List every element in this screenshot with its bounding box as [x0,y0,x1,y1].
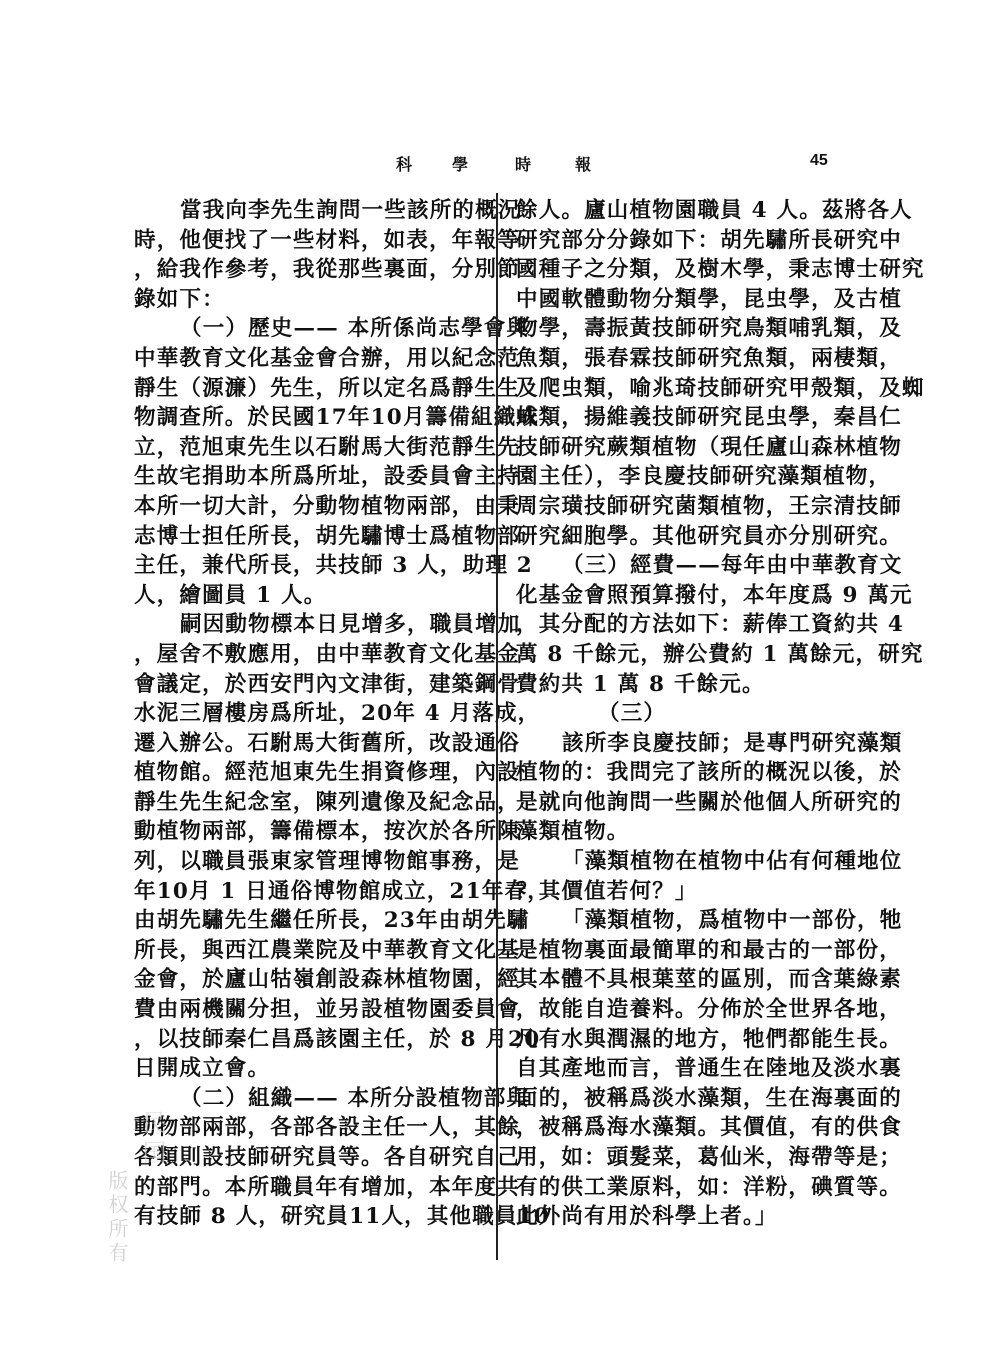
text-line: 餘人。廬山植物園職員 4 人。茲將各人 [516,196,860,226]
text-line: 物調查所。於民國17年10月籌備組織成 [134,403,478,433]
text-line: 自其產地而言，普通生在陸地及淡水裏 [516,1054,860,1084]
text-line: 「藻類植物，爲植物中一部份，牠 [516,906,860,936]
text-line: 藻類植物。 [516,817,860,847]
text-line: 當我向李先生詢問一些該所的概況 [134,196,478,226]
text-line: ，故能自造養料。分佈於全世界各地， [516,995,860,1025]
text-line: 用，如：頭髮菜，葛仙米，海帶等是； [516,1143,860,1173]
text-line: （三）經費——每年由中華教育文 [516,551,860,581]
text-line: 金會，於廬山牯嶺創設森林植物園，經 [134,965,478,995]
text-line: 的部門。本所職員年有增加，本年度共 [134,1173,478,1203]
header-title-char: 科 [396,152,412,175]
text-line: 中國軟體動物分類學，昆虫學，及古植 [516,285,860,315]
text-line: 志博士担任所長，胡先驌博士爲植物部 [134,522,478,552]
text-line: 靜生先生紀念室，陳列遺像及紀念品， [134,788,478,818]
text-line: 主任，兼代所長，共技師 3 人，助理 2 [134,551,478,581]
text-line: 有技師 8 人，研究員11人，其他職員10 [134,1202,478,1232]
text-line: ，給我作參考，我從那些裏面，分別節 [134,255,478,285]
text-line: 人，繪圖員 1 人。 [134,581,478,611]
page-number: 45 [810,152,828,170]
text-line: 日開成立會。 [134,1054,478,1084]
header-title-char: 學 [452,152,468,175]
text-line: 及爬虫類，喻兆琦技師研究甲殼類，及蜘 [516,374,860,404]
header-title-char: 報 [575,152,591,175]
running-header: 科 學 時 報 45 [0,152,982,182]
text-line: 蛛類，揚維義技師研究昆虫學，秦昌仁 [516,403,860,433]
text-line: 該所李良慶技師；是專門研究藻類 [516,729,860,759]
left-text-column: 當我向李先生詢問一些該所的概況時，他便找了一些材料，如表，年報等，給我作參考，我… [134,196,478,1232]
header-title-char: 時 [515,152,531,175]
text-line: 嗣因動物標本日見增多，職員增加 [134,610,478,640]
text-line: 凡有水與潤濕的地方，牠們都能生長。 [516,1025,860,1055]
right-text-column: 餘人。廬山植物園職員 4 人。茲將各人研究部分分錄如下：胡先驌所長研究中國種子之… [516,196,860,1232]
text-line: 植物館。經范旭東先生捐資修理，內設 [134,758,478,788]
text-line: 是植物裏面最簡單的和最古的一部份， [516,936,860,966]
text-line: 年10月 1 日通俗博物館成立，21年春， [134,877,478,907]
text-line: 魚類，張春霖技師研究魚類，兩棲類， [516,344,860,374]
text-line: 是就向他詢問一些關於他個人所研究的 [516,788,860,818]
text-line: （一）歷史—— 本所係尚志學會與 [134,314,478,344]
text-line: 有的供工業原料，如：洋粉，碘質等。 [516,1173,860,1203]
text-line: 動物部兩部，各部各設主任一人，其餘 [134,1113,478,1143]
text-line: 所長，與西江農業院及中華教育文化基 [134,936,478,966]
text-line: ，其分配的方法如下：薪俸工資約共 4 [516,610,860,640]
text-line: 生故宅捐助本所爲所址，設委員會主持 [134,462,478,492]
text-line: 植物的：我問完了該所的概況以後，於 [516,758,860,788]
text-line: 費約共 1 萬 8 千餘元。 [516,670,860,700]
text-line: 水泥三層樓房爲所址，20年 4 月落成， [134,699,478,729]
text-line: 錄如下： [134,285,478,315]
text-line: 化基金會照預算撥付，本年度爲 9 萬元 [516,581,860,611]
text-line: 本所一切大計，分動物植物兩部，由秉 [134,492,478,522]
text-line: 列，以職員張東家管理博物館事務，是 [134,847,478,877]
text-line: 研究細胞學。其他研究員亦分別研究。 [516,522,860,552]
text-line: 遷入辦公。石駙馬大街舊所，改設通俗 [134,729,478,759]
text-line: ，以技師秦仁昌爲該園主任，於 8 月20 [134,1025,478,1055]
text-line: 物學，壽振黃技師研究鳥類哺乳類，及 [516,314,860,344]
text-line: 會議定，於西安門內文津街，建築鋼骨 [134,670,478,700]
text-line: 面的，被稱爲淡水藻類，生在海裏面的 [516,1084,860,1114]
text-line: 靜生（源濂）先生，所以定名爲靜生生 [134,374,478,404]
text-line: 費由兩機關分担，並另設植物園委員會 [134,995,478,1025]
text-line: 立，范旭東先生以石駙馬大街范靜生先 [134,433,478,463]
text-line: 此外尚有用於科學上者。」 [516,1202,860,1232]
text-line: ，屋舍不敷應用，由中華教育文化基金 [134,640,478,670]
text-line: 「藻類植物在植物中佔有何種地位 [516,847,860,877]
text-line: 萬 8 千餘元，辦公費約 1 萬餘元，研究 [516,640,860,670]
text-line: 由胡先驌先生繼任所長，23年由胡先驌 [134,906,478,936]
text-line: 研究部分分錄如下：胡先驌所長研究中 [516,226,860,256]
watermark-stamp: 民国 [130,1110,170,1330]
text-line: （三） [516,699,860,729]
text-line: 中華教育文化基金會合辦，用以紀念范 [134,344,478,374]
text-line: 時，他便找了一些材料，如表，年報等 [134,226,478,256]
watermark-copyright: 版权所有 [92,1170,132,1320]
text-line: 國種子之分類，及樹木學，秉志博士研究 [516,255,860,285]
text-line: ，被稱爲海水藻類。其價值，有的供食 [516,1113,860,1143]
text-line: 動植物兩部，籌備標本，按次於各所陳 [134,817,478,847]
text-line: 園主任），李良慶技師研究藻類植物， [516,462,860,492]
text-line: 周宗璜技師研究菌類植物，王宗清技師 [516,492,860,522]
text-line: 技師研究蕨類植物（現任廬山森林植物 [516,433,860,463]
text-line: 各類則設技師研究員等。各自研究自己 [134,1143,478,1173]
text-line: 其本體不具根葉莖的區別，而含葉綠素 [516,965,860,995]
column-divider [496,193,498,1260]
text-line: （二）組織—— 本所分設植物部與 [134,1084,478,1114]
text-line: ？其價值若何？」 [516,877,860,907]
